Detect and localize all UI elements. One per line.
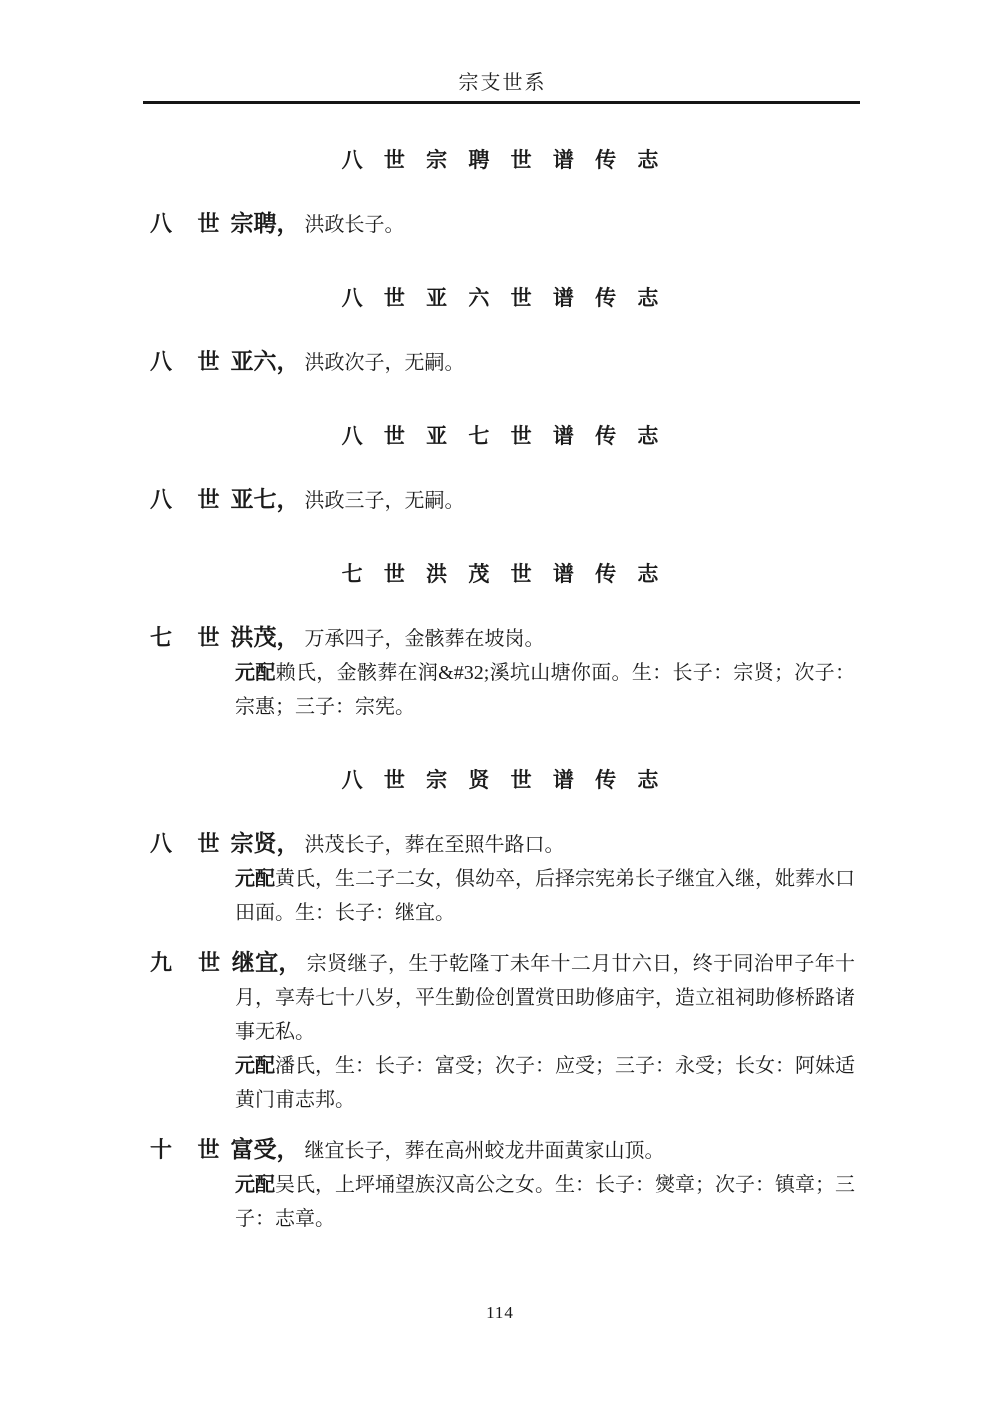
spouse-line: 元配黄氏，生二子二女，俱幼卒，后择宗宪弟长子继宜入继，妣葬水口田面。生：长子：继… [235,862,855,930]
person-name: 亚七， [231,487,300,512]
genealogy-entry: 八 世 宗 贤 世 谱 传 志 八 世 宗贤，洪茂长子，葬在至照牛路口。 元配黄… [150,770,855,930]
section-heading: 七 世 洪 茂 世 谱 传 志 [150,564,855,585]
spouse-text: 黄氏，生二子二女，俱幼卒，后择宗宪弟长子继宜入继，妣葬水口田面。生：长子：继宜。 [235,868,855,924]
spouse-text: 赖氏，金骸葬在润&#32;溪坑山塘你面。生：长子：宗贤；次子：宗惠；三子：宗宪。 [235,662,855,718]
entry-main-line: 八 世 亚七，洪政三子，无嗣。 [150,483,855,518]
page-header: 宗支世系 [150,72,855,104]
person-name: 亚六， [231,349,300,374]
entry-text: 洪茂长子，葬在至照牛路口。 [305,834,565,856]
document-page: 宗支世系 八 世 宗 聘 世 谱 传 志 八 世 宗聘，洪政长子。 八 世 亚 … [0,0,1000,1415]
genealogy-entry: 七 世 洪 茂 世 谱 传 志 七 世 洪茂，万承四子，金骸葬在坡岗。 元配赖氏… [150,564,855,724]
spouse-line: 元配吴氏，上坪埇望族汉高公之女。生：长子：爕章；次子：镇章；三子：志章。 [235,1168,855,1236]
entry-text: 宗贤继子，生于乾隆丁未年十二月廿六日，终于同治甲子年十月，享寿七十八岁，平生勤俭… [235,953,855,1043]
section-heading: 八 世 亚 七 世 谱 传 志 [150,426,855,447]
entry-text: 洪政长子。 [305,214,405,236]
genealogy-entry: 八 世 亚 六 世 谱 传 志 八 世 亚六，洪政次子，无嗣。 [150,288,855,380]
entry-main-line: 十 世 富受，继宜长子，葬在高州蛟龙井面黄家山顶。 [150,1133,855,1168]
genealogy-entry: 十 世 富受，继宜长子，葬在高州蛟龙井面黄家山顶。 元配吴氏，上坪埇望族汉高公之… [150,1133,855,1236]
genealogy-entry: 八 世 亚 七 世 谱 传 志 八 世 亚七，洪政三子，无嗣。 [150,426,855,518]
header-rule [143,101,860,104]
spouse-label: 元配 [235,1174,275,1196]
entry-main-line: 八 世 宗贤，洪茂长子，葬在至照牛路口。 [150,827,855,862]
spouse-line: 元配赖氏，金骸葬在润&#32;溪坑山塘你面。生：长子：宗贤；次子：宗惠；三子：宗… [235,656,855,724]
entry-main-line: 八 世 宗聘，洪政长子。 [150,207,855,242]
spouse-line: 元配潘氏，生：长子：富受；次子：应受；三子：永受；长女：阿妹适黄门甫志邦。 [235,1049,855,1117]
generation-label: 七 世 [150,625,226,650]
person-name: 宗聘， [231,211,300,236]
section-heading: 八 世 宗 聘 世 谱 传 志 [150,150,855,171]
generation-label: 八 世 [150,349,226,374]
spouse-text: 潘氏，生：长子：富受；次子：应受；三子：永受；长女：阿妹适黄门甫志邦。 [235,1055,855,1111]
spouse-text: 吴氏，上坪埇望族汉高公之女。生：长子：爕章；次子：镇章；三子：志章。 [235,1174,855,1230]
generation-label: 八 世 [150,831,226,856]
entry-text: 万承四子，金骸葬在坡岗。 [305,628,545,650]
entry-main-line: 九 世 继宜，宗贤继子，生于乾隆丁未年十二月廿六日，终于同治甲子年十月，享寿七十… [150,946,855,1049]
genealogy-entry: 九 世 继宜，宗贤继子，生于乾隆丁未年十二月廿六日，终于同治甲子年十月，享寿七十… [150,946,855,1117]
page-number: 114 [0,1303,1000,1323]
person-name: 继宜， [232,950,302,975]
section-heading: 八 世 亚 六 世 谱 传 志 [150,288,855,309]
entries: 八 世 宗 聘 世 谱 传 志 八 世 宗聘，洪政长子。 八 世 亚 六 世 谱… [150,150,855,1236]
spouse-label: 元配 [235,868,275,890]
entry-text: 洪政三子，无嗣。 [305,490,465,512]
running-header-title: 宗支世系 [150,72,855,94]
spouse-label: 元配 [235,662,276,684]
person-name: 富受， [231,1137,300,1162]
person-name: 洪茂， [231,625,300,650]
genealogy-entry: 八 世 宗 聘 世 谱 传 志 八 世 宗聘，洪政长子。 [150,150,855,242]
spouse-label: 元配 [235,1055,275,1077]
entry-text: 洪政次子，无嗣。 [305,352,465,374]
person-name: 宗贤， [231,831,300,856]
entry-main-line: 八 世 亚六，洪政次子，无嗣。 [150,345,855,380]
generation-label: 八 世 [150,211,226,236]
generation-label: 十 世 [150,1137,226,1162]
entry-main-line: 七 世 洪茂，万承四子，金骸葬在坡岗。 [150,621,855,656]
entry-text: 继宜长子，葬在高州蛟龙井面黄家山顶。 [305,1140,665,1162]
section-heading: 八 世 宗 贤 世 谱 传 志 [150,770,855,791]
generation-label: 八 世 [150,487,226,512]
generation-label: 九 世 [150,950,226,975]
